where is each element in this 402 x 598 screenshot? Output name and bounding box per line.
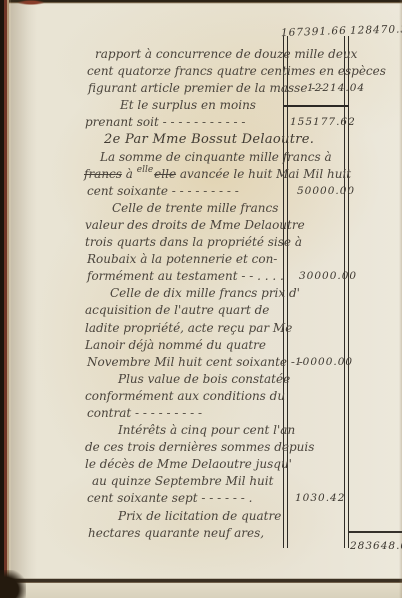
line-text: Lanoir déjà nommé du quatre xyxy=(85,338,266,352)
manuscript-line: Roubaix à la potennerie et con- xyxy=(84,251,384,268)
manuscript-line: cent quatorze francs quatre centimes en … xyxy=(84,63,384,80)
carried-total-inner: 167391.66 xyxy=(281,25,347,39)
manuscript-line: formément au testament - - . . . .30000.… xyxy=(84,268,384,285)
manuscript-line: ladite propriété, acte reçu par Me xyxy=(84,320,384,337)
page-top-edge xyxy=(0,0,402,4)
line-text: Et le surplus en moins xyxy=(120,98,256,112)
amount-value: 12214.04 xyxy=(307,80,365,97)
manuscript-line: au quinze Septembre Mil huit xyxy=(84,473,384,490)
struck-text: elle xyxy=(154,167,176,181)
line-text: Roubaix à la potennerie et con- xyxy=(87,252,277,266)
line-text: trois quarts dans la propriété sise à xyxy=(85,235,302,249)
manuscript-line: valeur des droits de Mme Delaoutre xyxy=(84,217,384,234)
line-text: ladite propriété, acte reçu par Me xyxy=(85,321,292,335)
amount-value: 50000.00 xyxy=(297,183,355,200)
manuscript-line: le décès de Mme Delaoutre jusqu' xyxy=(84,456,384,473)
inserted-text: elle xyxy=(137,165,153,175)
manuscript-line: Intérêts à cinq pour cent l'an xyxy=(84,422,384,439)
amount-value: 10000.00 xyxy=(295,354,353,371)
manuscript-page: 167391.66 128470.38 283648.00 rapport à … xyxy=(0,0,402,598)
line-text: figurant article premier de la masse - - xyxy=(88,81,323,95)
line-text: 2e Par Mme Bossut Delaoutre. xyxy=(104,132,314,147)
bottom-left-stain xyxy=(0,570,26,598)
line-text: Celle de dix mille francs prix d' xyxy=(110,286,300,300)
binding-edge xyxy=(0,0,11,598)
manuscript-line: Prix de licitation de quatre xyxy=(84,508,384,525)
line-text: hectares quarante neuf ares, xyxy=(88,526,264,540)
amount-value: 30000.00 xyxy=(299,268,357,285)
binding-shadow xyxy=(11,0,37,598)
manuscript-line: Celle de dix mille francs prix d' xyxy=(84,285,384,302)
amount-value: 1030.42 xyxy=(295,490,345,507)
manuscript-line: francs à elleelle avancée le huit Mai Mi… xyxy=(84,166,384,183)
manuscript-line: cent soixante - - - - - - - - -50000.00 xyxy=(84,183,384,200)
struck-text: francs xyxy=(84,167,122,181)
line-text: formément au testament - - . . . . xyxy=(87,269,284,283)
manuscript-heading-line: 2e Par Mme Bossut Delaoutre. xyxy=(84,131,384,148)
manuscript-line: figurant article premier de la masse - -… xyxy=(84,80,384,97)
manuscript-line: Et le surplus en moins xyxy=(84,97,384,114)
carried-total-outer: 128470.38 xyxy=(350,23,402,37)
manuscript-line: cent soixante sept - - - - - - .1030.42 xyxy=(84,490,384,507)
line-text: Prix de licitation de quatre xyxy=(118,509,281,523)
manuscript-line: contrat - - - - - - - - - xyxy=(84,405,384,422)
grand-total: 283648.00 xyxy=(350,540,402,552)
manuscript-line: rapport à concurrence de douze mille deu… xyxy=(84,46,384,63)
line-text: de ces trois dernières sommes depuis xyxy=(85,440,314,454)
manuscript-line: Celle de trente mille francs xyxy=(84,200,384,217)
line-text: acquisition de l'autre quart de xyxy=(85,303,269,317)
manuscript-line: La somme de cinquante mille francs à xyxy=(84,149,384,166)
text-block: rapport à concurrence de douze mille deu… xyxy=(84,46,384,542)
line-text: valeur des droits de Mme Delaoutre xyxy=(85,218,305,232)
manuscript-line: de ces trois dernières sommes depuis xyxy=(84,439,384,456)
line-text: conformément aux conditions du xyxy=(85,389,285,403)
line-text: Intérêts à cinq pour cent l'an xyxy=(118,423,295,437)
line-text: à xyxy=(122,167,137,181)
line-text: contrat - - - - - - - - - xyxy=(87,406,202,420)
line-text: au quinze Septembre Mil huit xyxy=(92,474,273,488)
line-text: cent soixante sept - - - - - - . xyxy=(87,491,252,505)
line-text: Plus value de bois constatée xyxy=(118,372,290,386)
amount-value: 155177.62 xyxy=(290,114,356,131)
line-text: avancée le huit Mai Mil huit xyxy=(176,167,351,181)
manuscript-line: trois quarts dans la propriété sise à xyxy=(84,234,384,251)
line-text: La somme de cinquante mille francs à xyxy=(100,150,332,164)
manuscript-line: conformément aux conditions du xyxy=(84,388,384,405)
manuscript-line: Novembre Mil huit cent soixante - -10000… xyxy=(84,354,384,371)
line-text: Celle de trente mille francs xyxy=(112,201,278,215)
manuscript-line: acquisition de l'autre quart de xyxy=(84,302,384,319)
manuscript-line: Plus value de bois constatée xyxy=(84,371,384,388)
line-text: cent quatorze francs quatre centimes en … xyxy=(87,64,386,78)
manuscript-line: Lanoir déjà nommé du quatre xyxy=(84,337,384,354)
manuscript-line: hectares quarante neuf ares, xyxy=(84,525,384,542)
manuscript-line: prenant soit - - - - - - - - - - -155177… xyxy=(84,114,384,131)
line-text: rapport à concurrence de douze mille deu… xyxy=(95,47,357,61)
line-text: Novembre Mil huit cent soixante - - xyxy=(87,355,303,369)
line-text: le décès de Mme Delaoutre jusqu' xyxy=(85,457,292,471)
next-page-edge xyxy=(0,583,402,598)
line-text: prenant soit - - - - - - - - - - - xyxy=(85,115,245,129)
line-text: cent soixante - - - - - - - - - xyxy=(87,184,239,198)
